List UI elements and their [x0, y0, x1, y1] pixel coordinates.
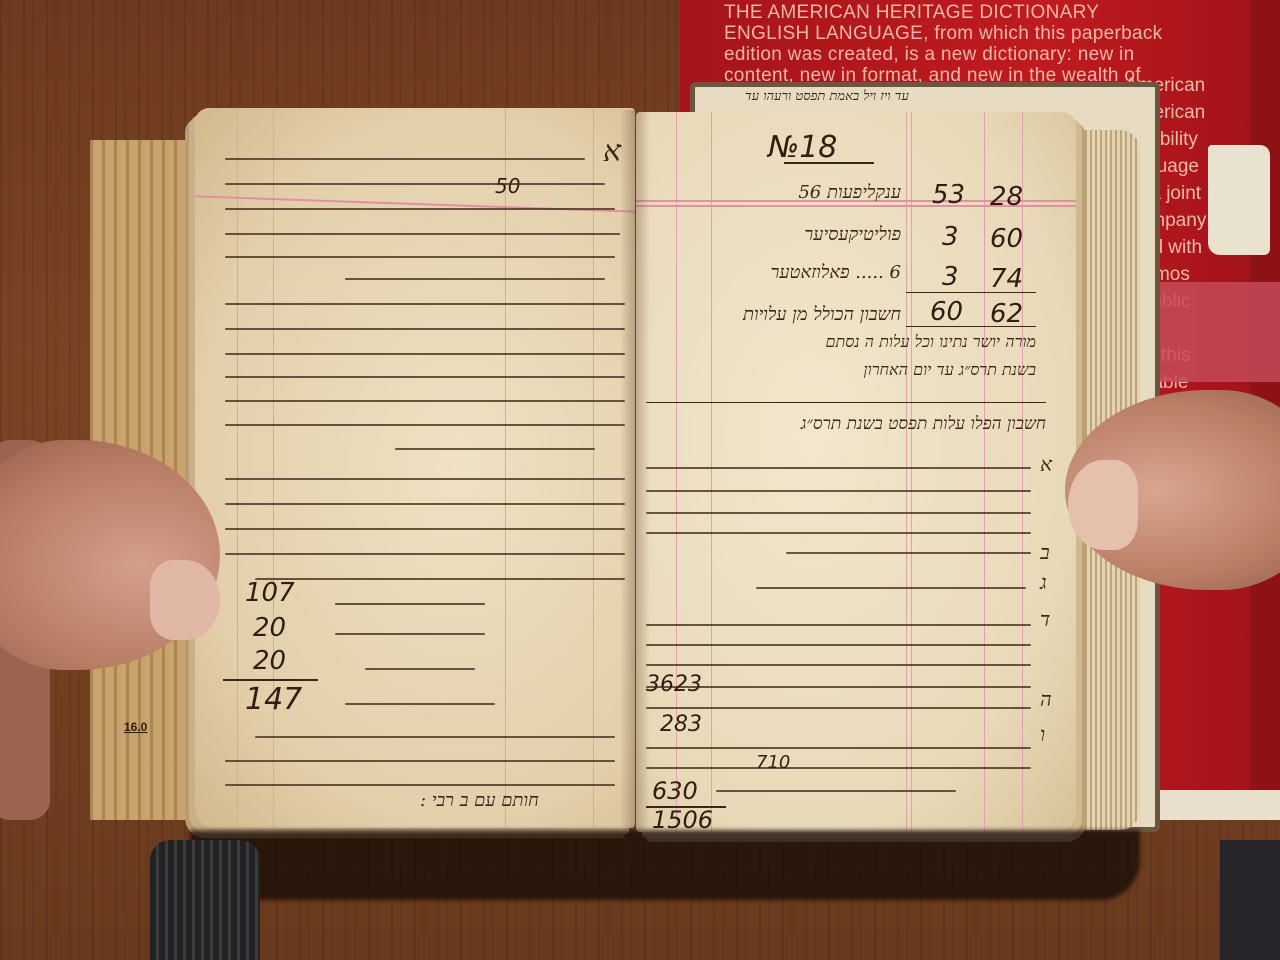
- handwriting-line: [225, 478, 625, 480]
- handwriting-line: [646, 512, 1031, 514]
- margin-line: [237, 108, 238, 828]
- ledger-col2: 28: [990, 182, 1023, 212]
- ledger-col2: 74: [990, 264, 1023, 294]
- handwriting-line: [225, 503, 625, 505]
- handwriting-line: [646, 532, 1031, 534]
- inline-number: 50: [495, 174, 520, 198]
- heading-underline: [784, 162, 874, 164]
- notebook-right-page: №18 ענקליפעות 56 53 28 פוליטיקעסיער 3 60…: [636, 112, 1076, 832]
- handwriting-line: [646, 707, 1031, 709]
- handwriting-line: [646, 664, 1031, 666]
- handwriting-line: [335, 603, 485, 605]
- dictionary-page-edge: [1140, 790, 1280, 820]
- margin-line: [911, 112, 912, 832]
- right-figure: 710: [756, 752, 790, 773]
- margin-line: [593, 108, 594, 828]
- ledger-col1: 53: [932, 180, 965, 210]
- handwriting-line: [646, 467, 1031, 469]
- right-thumbnail: [1068, 460, 1138, 550]
- handwriting-line: [365, 668, 475, 670]
- ledger-col2: 62: [990, 299, 1023, 329]
- ledger-col1: 3: [942, 262, 959, 292]
- left-figure: 20: [253, 646, 286, 676]
- ledger-row-label: חשבון הכולל מן עלויות: [743, 304, 901, 325]
- note-line: בשנת תרס״ג עד יום האחרון: [864, 360, 1036, 380]
- handwriting-line: [255, 736, 615, 738]
- right-figure: 3623: [646, 672, 702, 697]
- margin-line: [273, 108, 274, 828]
- left-figure: 107: [245, 578, 295, 608]
- closing-line: חותם עם ב רבי :: [420, 790, 539, 811]
- ledger-col1: 60: [930, 297, 963, 327]
- camera-strap-right: [1220, 840, 1280, 960]
- dictionary-cover-text: THE AMERICAN HERITAGE DICTIONARY ENGLISH…: [724, 2, 1194, 86]
- handwriting-line: [225, 760, 615, 762]
- handwriting-line: [225, 303, 625, 305]
- dictionary-line: edition was created, is a new dictionary…: [724, 44, 1194, 65]
- handwriting-line: [225, 256, 615, 258]
- handwriting-line: [225, 328, 625, 330]
- handwriting-line: [225, 376, 625, 378]
- notebook-gutter: [620, 110, 650, 830]
- handwriting-line: [255, 578, 625, 580]
- handwriting-line: [756, 587, 1026, 589]
- item-marker: ו: [1040, 722, 1045, 747]
- margin-line: [984, 112, 985, 832]
- item-marker: ה: [1040, 687, 1052, 712]
- handwriting-line: [345, 703, 495, 705]
- notebook-shadow: [190, 830, 1140, 900]
- notebook-left-page: א 50 107 20 20 147 חותם עם ב רבי :: [195, 108, 635, 828]
- handwriting-line: [225, 158, 585, 160]
- ledger-col1: 3: [942, 222, 959, 252]
- handwriting-line: [225, 424, 625, 426]
- margin-line: [1022, 112, 1023, 832]
- dictionary-line: THE AMERICAN HERITAGE DICTIONARY: [724, 2, 1194, 23]
- handwriting-line: [646, 644, 1031, 646]
- ledger-col2: 60: [990, 224, 1023, 254]
- camera-strap: [150, 840, 260, 960]
- handwriting-line: [395, 448, 595, 450]
- right-figure: 283: [660, 712, 702, 737]
- tape-patch: [1160, 282, 1280, 382]
- right-figure: 630: [652, 777, 698, 805]
- torn-cover-patch: [1208, 145, 1270, 255]
- margin-line: [711, 112, 712, 832]
- section-title: חשבון הפלו עלות תפסט בשנת תרס״ג: [801, 414, 1046, 434]
- margin-line: [906, 112, 907, 832]
- ledger-row-label: 6 ..... פאלוזאטער: [771, 262, 901, 283]
- handwriting-line: [225, 400, 625, 402]
- handwriting-line: [335, 633, 485, 635]
- ruler-label: 16.0: [124, 720, 147, 734]
- item-marker: ג: [1040, 570, 1047, 595]
- handwriting-line: [646, 767, 1031, 769]
- handwriting-line: [225, 233, 620, 235]
- item-marker: ד: [1040, 607, 1050, 632]
- handwriting-line: [225, 183, 605, 185]
- handwriting-line: [225, 553, 625, 555]
- handwriting-line: [345, 278, 605, 280]
- underlying-book-text: עד ויז ויל באמת תפסט ורעהו עד: [745, 88, 909, 104]
- dictionary-line: ENGLISH LANGUAGE, from which this paperb…: [724, 23, 1194, 44]
- ledger-row-label: ענקליפעות 56: [798, 182, 901, 203]
- sum-line: [906, 292, 1036, 293]
- section-divider: [646, 402, 1046, 403]
- handwriting-line: [786, 552, 1031, 554]
- ledger-row-label: פוליטיקעסיער: [804, 224, 901, 245]
- item-marker: ב: [1040, 540, 1050, 565]
- handwriting-line: [225, 208, 615, 210]
- note-line: מורה יושר נתינו וכל עלות ה נסתם: [826, 332, 1036, 352]
- handwriting-line: [225, 353, 625, 355]
- handwriting-line: [646, 747, 1031, 749]
- handwriting-line: [646, 686, 1031, 688]
- left-thumbnail: [150, 560, 220, 640]
- left-figure: 20: [253, 613, 286, 643]
- item-marker: א: [1040, 452, 1052, 477]
- corner-mark: א: [603, 134, 621, 169]
- ruled-line: [195, 195, 635, 212]
- handwriting-line: [225, 528, 625, 530]
- handwriting-line: [225, 784, 615, 786]
- page-number-heading: №18: [768, 130, 837, 165]
- sum-line: [223, 679, 318, 681]
- margin-line: [505, 108, 506, 828]
- sum-line: [906, 326, 1036, 327]
- handwriting-line: [716, 790, 956, 792]
- handwriting-line: [646, 624, 1031, 626]
- handwriting-line: [646, 490, 1031, 492]
- left-total: 147: [245, 682, 302, 717]
